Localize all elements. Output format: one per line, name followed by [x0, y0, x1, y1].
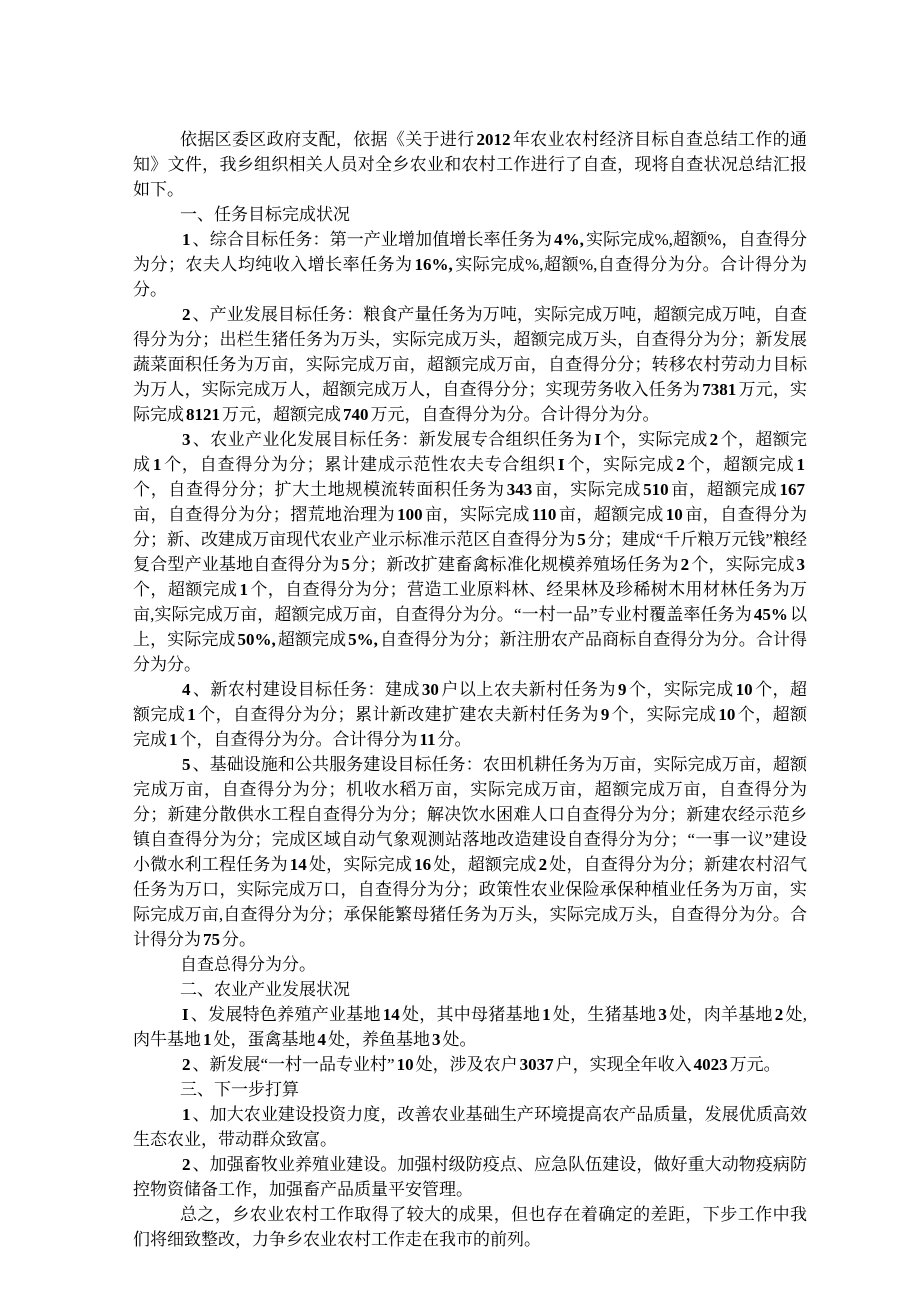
bold-number: 10 — [395, 1055, 416, 1074]
text-segment: 、农业产业化发展目标任务：新发展专合组织任务为 — [193, 430, 593, 449]
bold-number: 1 — [180, 230, 193, 249]
text-segment: 亩，超额完成 — [671, 480, 778, 499]
text-segment: 处，肉羊基地 — [669, 1005, 773, 1024]
bold-number: 3 — [795, 555, 808, 574]
bold-number: 1 — [540, 1005, 553, 1024]
bold-number: 9 — [616, 680, 629, 699]
bold-number: 5%, — [346, 630, 380, 649]
text-segment: 、新发展“一村一品专业村” — [193, 1055, 395, 1074]
text-segment: 依据区委区政府支配，依据《关于进行 — [180, 130, 475, 149]
bold-number: 16%, — [413, 255, 455, 274]
bold-number: 11 — [418, 730, 438, 749]
bold-number: 4%, — [552, 230, 586, 249]
text-segment: 个，实际完成 — [611, 705, 716, 724]
bold-number: 5 — [575, 530, 588, 549]
bold-number: 510 — [641, 480, 671, 499]
text-segment: 总之，乡农业农村工作取得了较大的成果，但也存在着确定的差距，下步工作中我们将细致… — [133, 1205, 807, 1249]
bold-number: 3 — [430, 1030, 443, 1049]
bold-number: 16 — [412, 855, 433, 874]
bold-number: 14 — [288, 855, 309, 874]
text-segment: 亩，实际完成 — [534, 480, 641, 499]
bold-number: 4023 — [692, 1055, 730, 1074]
bold-number: 100 — [395, 505, 425, 524]
paragraph: 5、基础设施和公共服务建设目标任务：农田机耕任务为万亩，实际完成万亩，超额完成万… — [133, 752, 807, 952]
bold-number: 2 — [773, 1005, 786, 1024]
bold-number: I — [556, 455, 567, 474]
text-segment: 处，涉及农户 — [416, 1055, 518, 1074]
bold-number: 7381 — [700, 380, 738, 399]
bold-number: 1 — [201, 1030, 214, 1049]
bold-number: 10 — [716, 705, 737, 724]
text-segment: 个，自查得分分；扩大土地规模流转面积任务为 — [133, 480, 505, 499]
bold-number: 3 — [656, 1005, 669, 1024]
bold-number: 75 — [201, 930, 222, 949]
paragraph: 总之，乡农业农村工作取得了较大的成果，但也存在着确定的差距，下步工作中我们将细致… — [133, 1202, 807, 1252]
bold-number: 9 — [599, 705, 612, 724]
text-segment: 万元，自查得分为分。合计得分为分。 — [371, 405, 660, 424]
bold-number: 1 — [237, 580, 250, 599]
bold-number: 3 — [180, 430, 193, 449]
text-segment: 个，实际完成 — [603, 430, 708, 449]
paragraph: I、发展特色养殖产业基地14处，其中母猪基地1处，生猪基地3处，肉羊基地2处,肉… — [133, 1002, 807, 1052]
bold-number: 1 — [185, 705, 198, 724]
bold-number: 740 — [341, 405, 371, 424]
text-segment: 个，实际完成 — [691, 555, 794, 574]
bold-number: 2 — [679, 555, 692, 574]
section-heading: 二、农业产业发展状况 — [133, 977, 807, 1002]
bold-number: 1 — [167, 730, 180, 749]
bold-number: 1 — [151, 455, 164, 474]
bold-number: 5 — [180, 755, 193, 774]
paragraph: 2、新发展“一村一品专业村”10处，涉及农户3037户，实现全年收入4023万元… — [133, 1052, 807, 1077]
bold-number: 2 — [537, 855, 550, 874]
text-segment: 个，实际完成 — [567, 455, 675, 474]
bold-number: 2012 — [475, 130, 513, 149]
text-segment: 、加强畜牧业养殖业建设。加强村级防疫点、应急队伍建设，做好重大动物疫病防控物资储… — [133, 1155, 807, 1199]
bold-number: 50%, — [236, 630, 278, 649]
paragraph: 4、新农村建设目标任务：建成30户以上农夫新村任务为9个，实际完成10个，超额完… — [133, 677, 807, 752]
bold-number: 110 — [530, 505, 559, 524]
text-segment: 个，自查得分为分；累计建成示范性农夫专合组织 — [163, 455, 556, 474]
bold-number: 1 — [795, 455, 808, 474]
text-segment: 、加大农业建设投资力度，改善农业基础生产环境提高农产品质量，发展优质高效生态农业… — [133, 1105, 807, 1149]
bold-number: 14 — [381, 1005, 402, 1024]
text-segment: 处，超额完成 — [433, 855, 536, 874]
text-segment: 三、下一步打算 — [180, 1080, 299, 1099]
text-segment: 、发展特色养殖产业基地 — [191, 1005, 381, 1024]
paragraph: 依据区委区政府支配，依据《关于进行2012年农业农村经济目标自查总结工作的通知》… — [133, 127, 807, 202]
bold-number: 2 — [180, 1055, 193, 1074]
text-segment: 、综合目标任务：第一产业增加值增长率任务为 — [193, 230, 553, 249]
paragraph: 2、加强畜牧业养殖业建设。加强村级防疫点、应急队伍建设，做好重大动物疫病防控物资… — [133, 1152, 807, 1202]
section-heading: 一、任务目标完成状况 — [133, 202, 807, 227]
bold-number: I — [592, 430, 603, 449]
document-page: 依据区委区政府支配，依据《关于进行2012年农业农村经济目标自查总结工作的通知》… — [0, 0, 920, 1301]
text-segment: 处，其中母猪基地 — [402, 1005, 540, 1024]
bold-number: 343 — [505, 480, 535, 499]
text-segment: 、新农村建设目标任务：建成 — [193, 680, 420, 699]
bold-number: 45% — [752, 605, 790, 624]
text-segment: 分。 — [222, 930, 256, 949]
text-segment: 亩，实际完成 — [425, 505, 530, 524]
text-segment: 分。 — [438, 730, 472, 749]
bold-number: I — [180, 1005, 191, 1024]
bold-number: 10 — [664, 505, 685, 524]
text-segment: 处，实际完成 — [309, 855, 412, 874]
bold-number: 2 — [674, 455, 687, 474]
text-segment: 万元，超额完成 — [222, 405, 341, 424]
text-segment: 个，自查得分为分；累计新改建扩建农夫新村任务为 — [198, 705, 599, 724]
text-segment: 自查总得分为分。 — [180, 955, 316, 974]
paragraph: 3、农业产业化发展目标任务：新发展专合组织任务为I个，实际完成2个，超额完成1个… — [133, 427, 807, 677]
bold-number: 10 — [734, 680, 755, 699]
bold-number: 167 — [778, 480, 808, 499]
bold-number: 2 — [180, 305, 193, 324]
text-segment: 亩，自查得分为分；摺荒地治理为 — [133, 505, 395, 524]
text-segment: 个，自查得分为分。合计得分为 — [180, 730, 418, 749]
paragraph: 2、产业发展目标任务：粮食产量任务为万吨，实际完成万吨，超额完成万吨，自查得分为… — [133, 302, 807, 427]
text-segment: 处，养鱼基地 — [328, 1030, 430, 1049]
paragraph: 自查总得分为分。 — [133, 952, 807, 977]
bold-number: 2 — [180, 1155, 193, 1174]
text-segment: 户，实现全年收入 — [556, 1055, 692, 1074]
paragraph: 1、加大农业建设投资力度，改善农业基础生产环境提高农产品质量，发展优质高效生态农… — [133, 1102, 807, 1152]
text-segment: 个，超额完成 — [133, 580, 237, 599]
text-segment: 亩，超额完成 — [558, 505, 663, 524]
paragraph: 1、综合目标任务：第一产业增加值增长率任务为4%,实际完成%,超额%，自查得分为… — [133, 227, 807, 302]
text-segment: 处，蛋禽基地 — [214, 1030, 316, 1049]
text-segment: 处，生猪基地 — [553, 1005, 657, 1024]
bold-number: 5 — [339, 555, 352, 574]
text-segment: 个，实际完成 — [628, 680, 733, 699]
text-segment: 分；新改扩建畜禽标准化规模养殖场任务为 — [352, 555, 679, 574]
text-segment: 二、农业产业发展状况 — [180, 980, 350, 999]
bold-number: 30 — [420, 680, 441, 699]
text-segment: 万元。 — [730, 1055, 781, 1074]
document-body: 依据区委区政府支配，依据《关于进行2012年农业农村经济目标自查总结工作的通知》… — [133, 127, 807, 1252]
text-segment: 超额完成 — [278, 630, 346, 649]
text-segment: 处。 — [443, 1030, 477, 1049]
bold-number: 8121 — [184, 405, 222, 424]
text-segment: 一、任务目标完成状况 — [180, 205, 350, 224]
text-segment: 户以上农夫新村任务为 — [441, 680, 616, 699]
bold-number: 1 — [180, 1105, 193, 1124]
bold-number: 4 — [316, 1030, 329, 1049]
text-segment: 个，超额完成 — [687, 455, 795, 474]
bold-number: 2 — [708, 430, 721, 449]
bold-number: 4 — [180, 680, 193, 699]
section-heading: 三、下一步打算 — [133, 1077, 807, 1102]
bold-number: 3037 — [518, 1055, 556, 1074]
